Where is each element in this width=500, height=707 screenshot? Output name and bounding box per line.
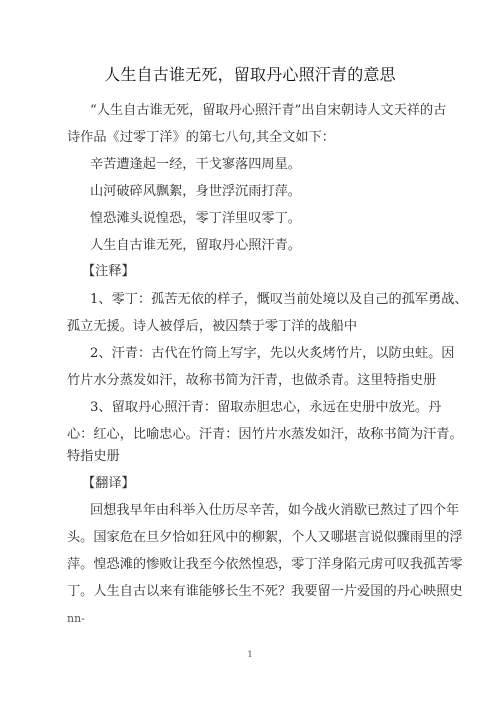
note-line: 特指史册	[67, 449, 447, 465]
poem-line: 山河破碎风飘絮，身世浮沉雨打萍。	[90, 184, 470, 200]
translation-line: 回想我早年由科举入仕历尽辛苦，如今战火消歇已熬过了四个年	[90, 503, 470, 519]
translation-heading: 【翻译】	[82, 476, 462, 492]
poem-line: 惶恐滩头说惶恐，零丁洋里叹零丁。	[90, 211, 470, 227]
document-page: 人生自古谁无死，留取丹心照汗青的意思 “人生自古谁无死，留取丹心照汗青”出自宋朝…	[0, 0, 500, 707]
intro-line: “人生自古谁无死，留取丹心照汗青”出自宋朝诗人文天祥的古	[90, 103, 470, 119]
note-line: 孤立无援。诗人被俘后，被囚禁于零丁洋的战船中	[67, 319, 447, 335]
poem-line: 人生自古谁无死，留取丹心照汗青。	[90, 238, 470, 254]
note-line: 心：红心，比喻忠心。汗青：因竹片水蒸发如汗，故称书简为汗青。	[67, 427, 447, 443]
page-number: 1	[0, 650, 500, 659]
translation-line: 萍。惶恐滩的惨败让我至今依然惶恐，零丁洋身陷元虏可叹我孤苦零	[67, 557, 447, 573]
intro-line: 诗作品《过零丁洋》的第七八句,其全文如下：	[67, 130, 447, 146]
translation-line: 丁。人生自古以来有谁能够长生不死？我要留一片爱国的丹心映照史	[67, 584, 447, 600]
note-line: 竹片水分蒸发如汗，故称书简为汗青，也做杀青。这里特指史册	[67, 373, 447, 389]
note-line: 1、零丁：孤苦无依的样子，慨叹当前处境以及自己的孤军勇战、	[90, 292, 470, 308]
note-line: 2、汗青：古代在竹筒上写字，先以火炙烤竹片，以防虫蛀。因	[90, 346, 470, 362]
document-title: 人生自古谁无死，留取丹心照汗青的意思	[0, 62, 500, 85]
translation-line: nn-	[67, 611, 447, 627]
poem-line: 辛苦遭逢起一经，干戈寥落四周星。	[90, 157, 470, 173]
notes-heading: 【注释】	[82, 264, 462, 280]
note-line: 3、留取丹心照汗青：留取赤胆忠心，永远在史册中放光。丹	[90, 400, 470, 416]
translation-line: 头。国家危在旦夕恰如狂风中的柳絮，个人又哪堪言说似骤雨里的浮	[67, 530, 447, 546]
